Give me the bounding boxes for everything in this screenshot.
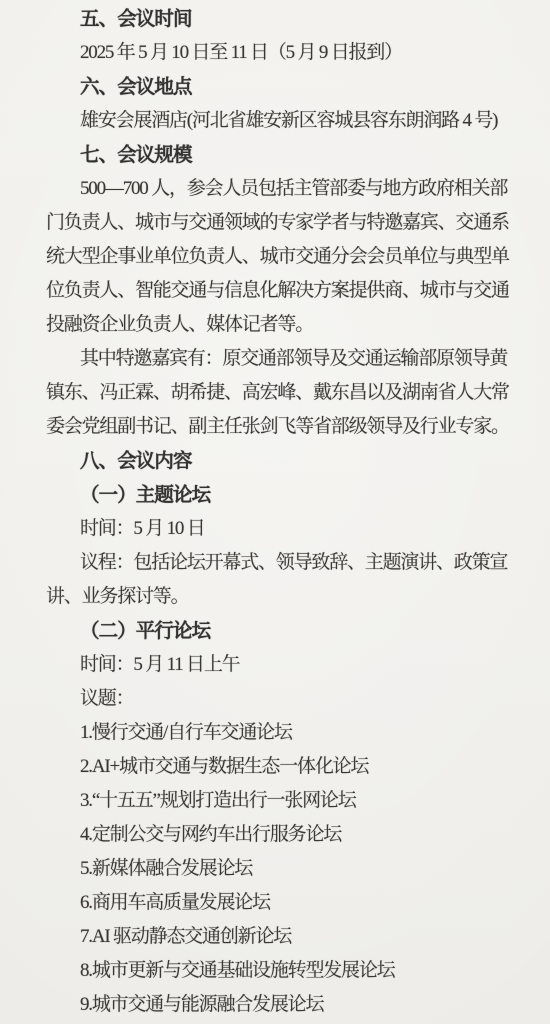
document-text-line: 委会党组副书记、副主任张剑飞等省部级领导及行业专家。 [0, 410, 550, 444]
document-text-line: 时间：5 月 11 日上午 [0, 648, 550, 682]
document-text-line: 6.商用车高质量发展论坛 [0, 886, 550, 920]
document-text-line: 1.慢行交通/自行车交通论坛 [0, 716, 550, 750]
document-heading-line: （二）平行论坛 [0, 614, 550, 648]
document-heading-line: 七、会议规模 [0, 138, 550, 172]
document-text-line: 位负责人、智能交通与信息化解决方案提供商、城市与交通 [0, 274, 550, 308]
document-text-line: 门负责人、城市与交通领域的专家学者与特邀嘉宾、交通系 [0, 206, 550, 240]
document-text-line: 讲、业务探讨等。 [0, 580, 550, 614]
document-content: 五、会议时间2025 年 5 月 10 日至 11 日（5 月 9 日报到）六、… [0, 2, 550, 1022]
document-text-line: 其中特邀嘉宾有：原交通部领导及交通运输部原领导黄 [0, 342, 550, 376]
document-text-line: 镇东、冯正霖、胡希捷、高宏峰、戴东昌以及湖南省人大常 [0, 376, 550, 410]
document-page: 五、会议时间2025 年 5 月 10 日至 11 日（5 月 9 日报到）六、… [0, 0, 550, 1024]
document-text-line: 9.城市交通与能源融合发展论坛 [0, 988, 550, 1022]
document-text-line: 投融资企业负责人、媒体记者等。 [0, 308, 550, 342]
document-heading-line: 六、会议地点 [0, 70, 550, 104]
document-text-line: 7.AI 驱动静态交通创新论坛 [0, 920, 550, 954]
document-text-line: 500—700 人，参会人员包括主管部委与地方政府相关部 [0, 172, 550, 206]
document-text-line: 2025 年 5 月 10 日至 11 日（5 月 9 日报到） [0, 36, 550, 70]
document-text-line: 时间：5 月 10 日 [0, 512, 550, 546]
document-text-line: 雄安会展酒店(河北省雄安新区容城县容东朗润路 4 号) [0, 104, 550, 138]
document-text-line: 3.“十五五”规划打造出行一张网论坛 [0, 784, 550, 818]
document-text-line: 统大型企事业单位负责人、城市交通分会会员单位与典型单 [0, 240, 550, 274]
document-heading-line: （一）主题论坛 [0, 478, 550, 512]
document-text-line: 议程：包括论坛开幕式、领导致辞、主题演讲、政策宣 [0, 546, 550, 580]
document-text-line: 8.城市更新与交通基础设施转型发展论坛 [0, 954, 550, 988]
document-heading-line: 五、会议时间 [0, 2, 550, 36]
document-text-line: 2.AI+城市交通与数据生态一体化论坛 [0, 750, 550, 784]
document-heading-line: 八、会议内容 [0, 444, 550, 478]
document-text-line: 议题： [0, 682, 550, 716]
document-text-line: 5.新媒体融合发展论坛 [0, 852, 550, 886]
document-text-line: 4.定制公交与网约车出行服务论坛 [0, 818, 550, 852]
